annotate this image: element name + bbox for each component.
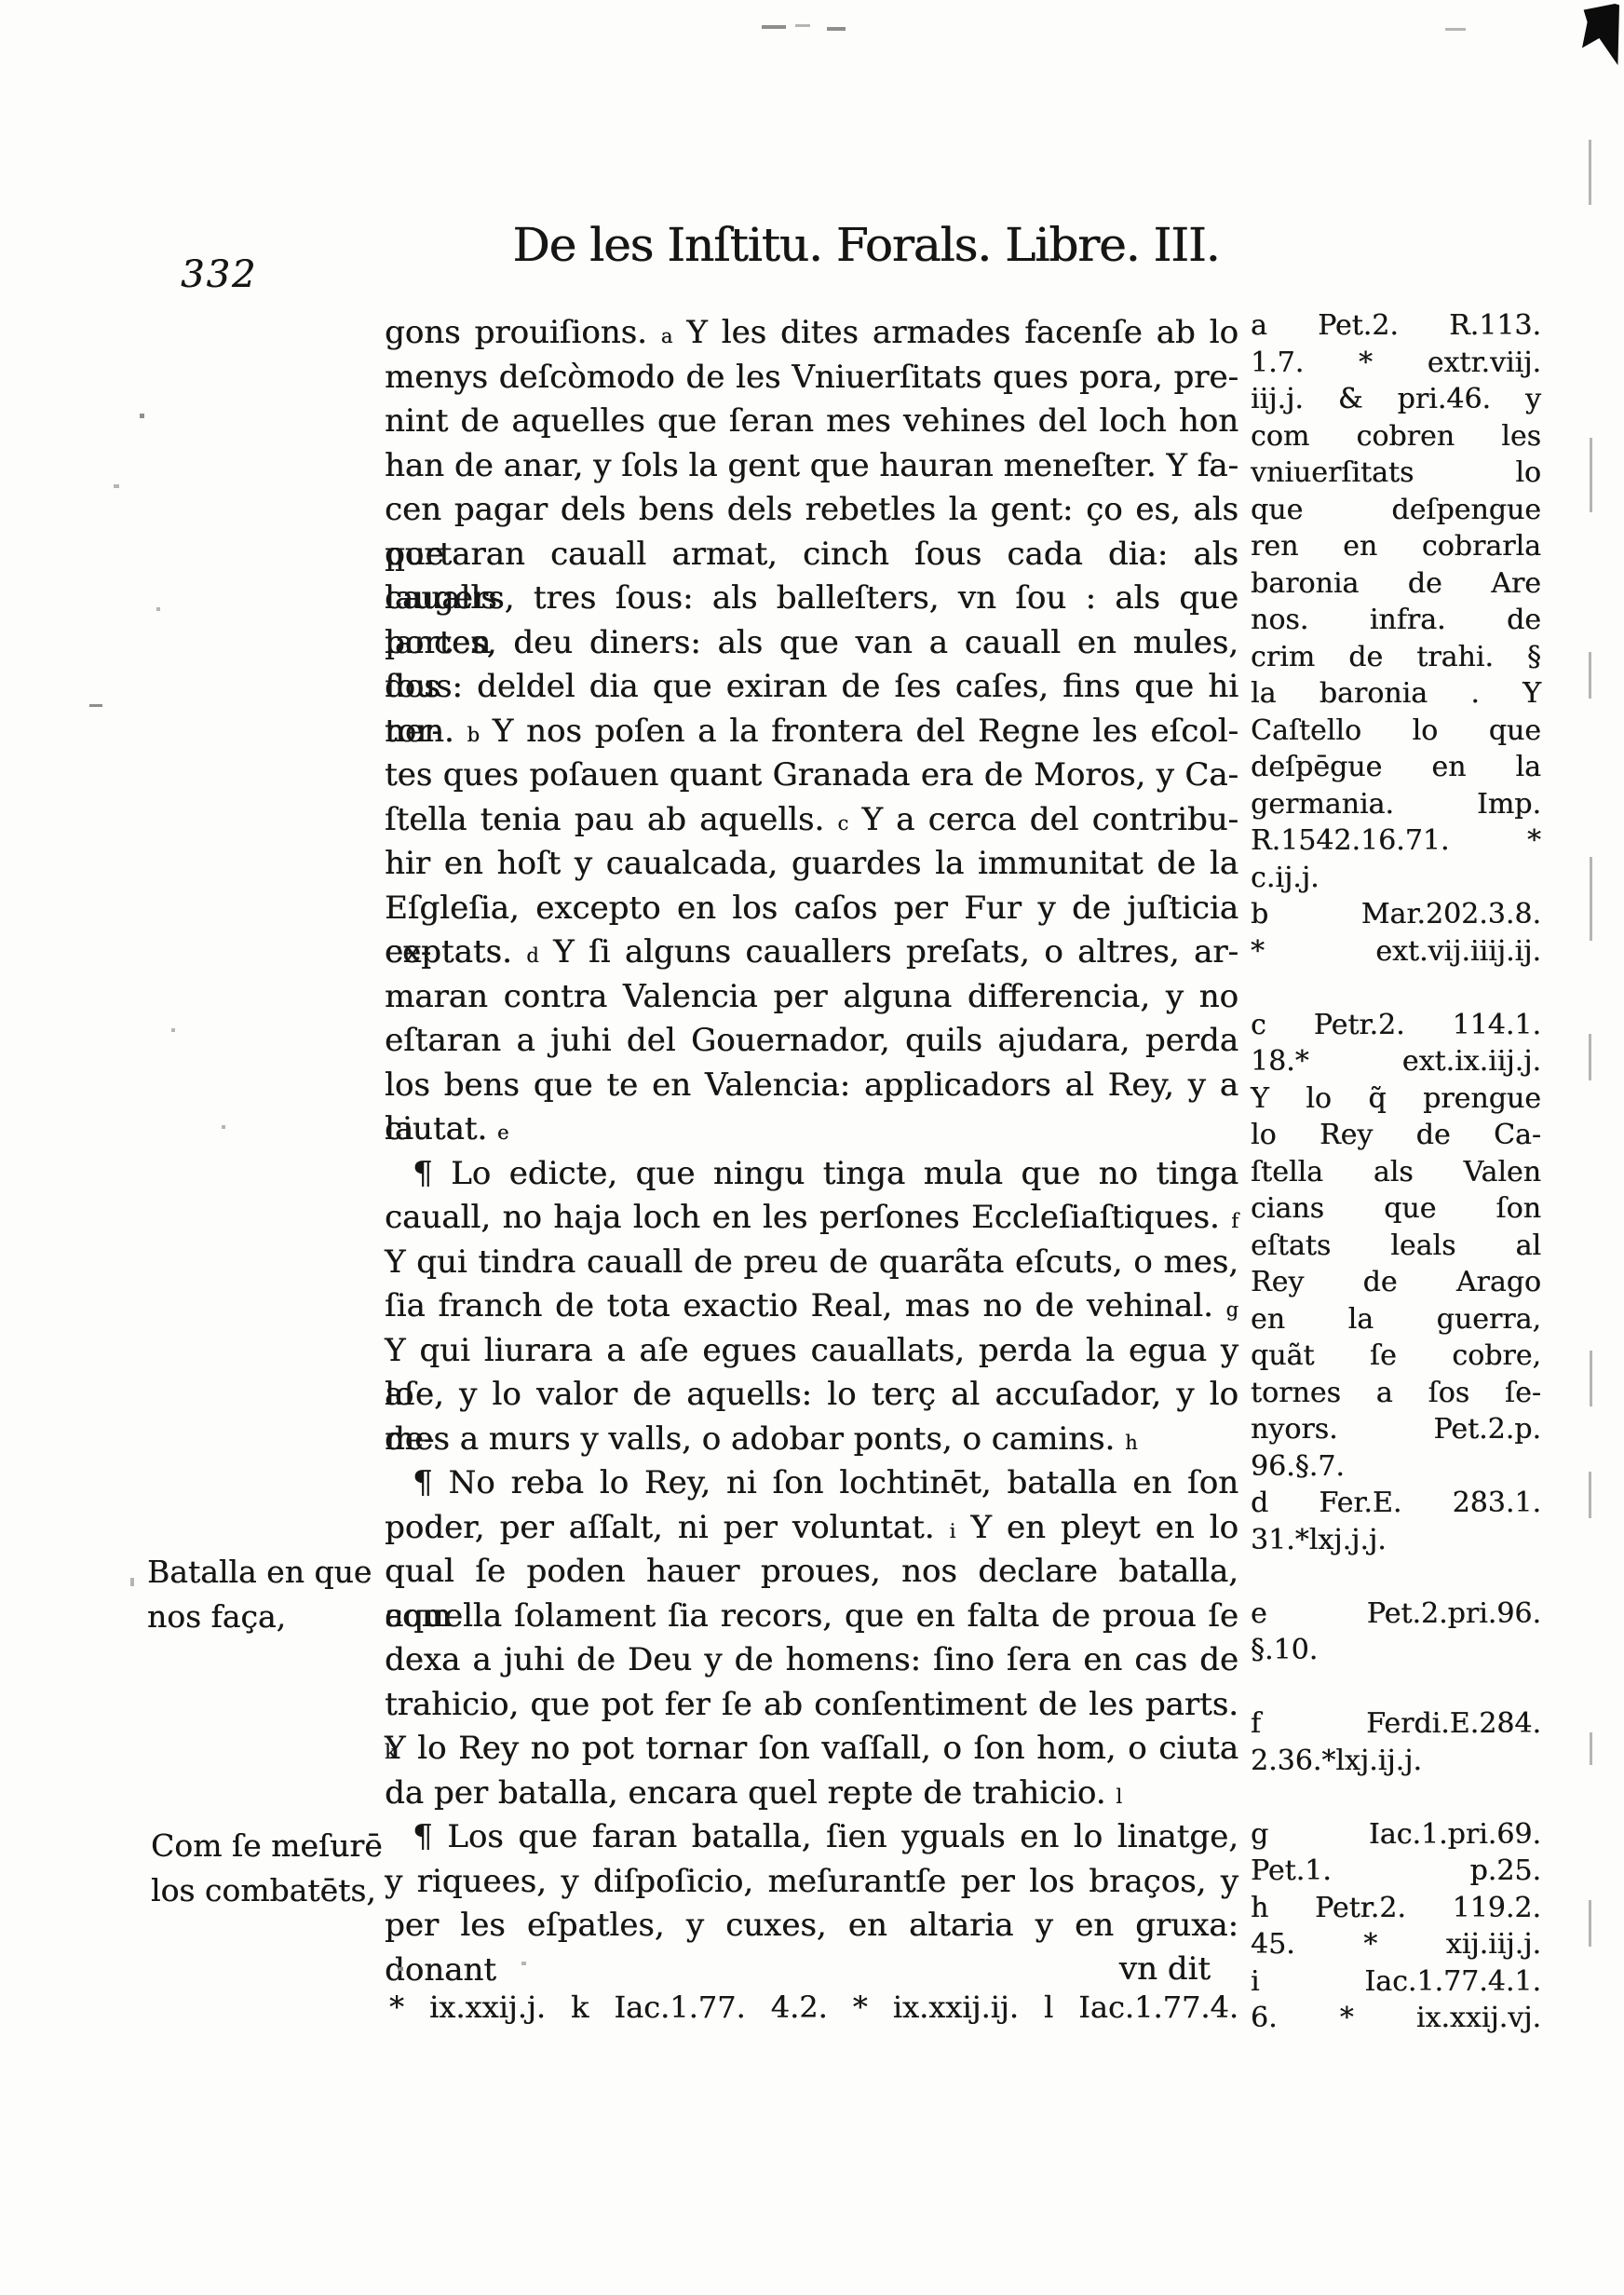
text-line: eſtaran a juhi del Gouernador, quils aju…	[385, 1019, 1238, 1064]
text-line: Y qui liurara a aſe egues cauallats, per…	[385, 1329, 1238, 1374]
margin-note-line: c Petr.2. 114.1.	[1251, 1007, 1541, 1044]
text-line: aquella ſolament ſia recors, que en falt…	[385, 1595, 1238, 1639]
margin-note-line: germania. Imp.	[1251, 786, 1541, 823]
margin-note-line: 96.§.7.	[1251, 1448, 1541, 1486]
margin-note-line: lo Rey de Ca-	[1251, 1117, 1541, 1154]
main-text-column: gons prouiſions. a Y les dites armades f…	[385, 311, 1238, 1949]
margin-note-line: vniuerſitats lo	[1251, 455, 1541, 492]
margin-note-line: nos. infra. de	[1251, 602, 1541, 639]
text-line: los bens que te en Valencia: applicadors…	[385, 1064, 1238, 1108]
margin-note-line: baronia de Are	[1251, 565, 1541, 603]
text-line: lances, deu diners: als que van a cauall…	[385, 621, 1238, 666]
margin-note-line: d Fer.E. 283.1.	[1251, 1485, 1541, 1522]
text-line: Eſgleſia, excepto en los caſos per Fur y…	[385, 887, 1238, 931]
page-edge-line	[1589, 1034, 1591, 1080]
running-header: De les Inſtitu. Forals. Libre. III.	[438, 218, 1294, 272]
reference-letter: h	[1125, 1431, 1138, 1454]
page-edge-line	[1589, 1472, 1591, 1518]
margin-note-line	[1251, 1779, 1541, 1816]
margin-note-line: h Petr.2. 119.2.	[1251, 1890, 1541, 1927]
reference-letter: l	[1116, 1785, 1122, 1808]
scan-dash	[795, 24, 810, 27]
text-line: cauall, no haja loch en les perſones Ecc…	[385, 1196, 1238, 1241]
right-margin-note-column: a Pet.2. R.113.1.7. * extr.viij.iij.j. &…	[1251, 307, 1541, 2037]
text-line: nen. b Y nos poſen a la frontera del Reg…	[385, 710, 1238, 754]
margin-note-line: b Mar.202.3.8.	[1251, 896, 1541, 933]
text-line: dexa a juhi de Deu y de homens: ſino ſer…	[385, 1638, 1238, 1683]
margin-note-line: 2.36.*lxj.ij.j.	[1251, 1743, 1541, 1780]
reference-letter: e	[497, 1120, 508, 1144]
margin-note-line	[1251, 970, 1541, 1007]
reference-letter: a	[661, 324, 673, 347]
text-line: menys deſcòmodo de les Vniuerſitats ques…	[385, 356, 1238, 401]
margin-note-line: nyors. Pet.2.p.	[1251, 1411, 1541, 1448]
margin-note-line: Pet.1. p.25.	[1251, 1853, 1541, 1890]
scan-speckle	[89, 704, 102, 707]
reference-letter: c	[837, 811, 848, 835]
margin-note-line: cians que ſon	[1251, 1190, 1541, 1228]
margin-note-line: quãt ſe cobre,	[1251, 1338, 1541, 1375]
scanned-book-page: { "page": { "number": "332", "header": "…	[0, 0, 1624, 2295]
text-line: maran contra Valencia per alguna differe…	[385, 975, 1238, 1020]
text-line: cen pagar dels bens dels rebetles la gen…	[385, 488, 1238, 533]
text-line: ſia franch de tota exactio Real, mas no …	[385, 1284, 1238, 1329]
text-line: ¶ No reba lo Rey, ni ſon lochtinēt, bata…	[385, 1461, 1238, 1506]
margin-note-line: R.1542.16.71. *	[1251, 822, 1541, 860]
page-number: 332	[181, 253, 257, 296]
text-line: mes a murs y valls, o adobar ponts, o ca…	[385, 1418, 1238, 1462]
text-line: qual ſe poden hauer proues, nos declare …	[385, 1550, 1238, 1595]
text-line: han de anar, y ſols la gent que hauran m…	[385, 444, 1238, 489]
margin-note-line: los combatēts,	[151, 1868, 400, 1913]
margin-note-line: a Pet.2. R.113.	[1251, 307, 1541, 345]
margin-note-line: ſtella als Valen	[1251, 1154, 1541, 1191]
scan-speckle	[521, 1962, 526, 1965]
scan-speckle	[130, 1578, 134, 1586]
margin-note-line: Y lo q̃ prengue	[1251, 1080, 1541, 1118]
text-line: aſe, y lo valor de aquells: lo terç al a…	[385, 1373, 1238, 1418]
reference-letter: g	[1226, 1297, 1239, 1321]
scan-speckle	[399, 1967, 403, 1971]
margin-note-line: ren en cobrarla	[1251, 528, 1541, 565]
margin-note-line: en la guerra,	[1251, 1301, 1541, 1338]
margin-note-line: Rey de Arago	[1251, 1264, 1541, 1301]
text-line: portaran cauall armat, cinch ſous cada d…	[385, 533, 1238, 577]
page-edge-line	[1590, 1732, 1592, 1765]
margin-note-line	[1251, 1558, 1541, 1596]
scan-dash	[827, 27, 846, 31]
text-line: ¶ Los que faran batalla, ſien yguals en …	[385, 1815, 1238, 1860]
margin-note-line: f Ferdi.E.284.	[1251, 1705, 1541, 1743]
text-line: Y qui tindra cauall de preu de quarãta e…	[385, 1241, 1238, 1285]
margin-note-line: 18.* ext.ix.iij.j.	[1251, 1043, 1541, 1080]
margin-note-line: 6. * ix.xxij.vj.	[1251, 2000, 1541, 2037]
page-edge-line	[1590, 438, 1592, 512]
margin-note-line: 31.*lxj.j.j.	[1251, 1522, 1541, 1559]
reference-letter: f	[1231, 1209, 1238, 1232]
text-line: Y lo Rey no pot tornar ſon vaſſall, o ſo…	[385, 1727, 1238, 1772]
margin-note-line: 1.7. * extr.viij.	[1251, 345, 1541, 382]
margin-note-line: §.10.	[1251, 1632, 1541, 1669]
scan-speckle	[171, 1028, 175, 1032]
margin-note-line: iij.j. & pri.46. y	[1251, 381, 1541, 418]
text-line: ſous: deldel dia que exiran de ſes caſes…	[385, 665, 1238, 710]
margin-note-line: nos faça,	[147, 1595, 397, 1639]
text-line: per les eſpatles, y cuxes, en altaria y …	[385, 1904, 1238, 1949]
text-line: trahicio, que pot fer ſe ab conſentiment…	[385, 1683, 1238, 1728]
margin-note-line: * ext.vij.iiij.ij.	[1251, 933, 1541, 971]
margin-note-line: g Iac.1.pri.69.	[1251, 1816, 1541, 1854]
margin-note-line: c.ij.j.	[1251, 860, 1541, 897]
margin-note-line: 45. * xij.iij.j.	[1251, 1926, 1541, 1963]
page-edge-line	[1589, 1900, 1591, 1947]
text-line: poder, per aſſalt, ni per voluntat. i Y …	[385, 1506, 1238, 1551]
text-line: nint de aquelles que ſeran mes vehines d…	[385, 400, 1238, 444]
margin-note-line: e Pet.2.pri.96.	[1251, 1596, 1541, 1633]
margin-note-line: i Iac.1.77.4.1.	[1251, 1963, 1541, 2001]
text-line: tes ques poſauen quant Granada era de Mo…	[385, 754, 1238, 798]
scan-dash	[762, 25, 786, 29]
page-edge-line	[1590, 1351, 1592, 1406]
margin-note-line: Caſtello lo que	[1251, 713, 1541, 750]
reference-letter: i	[950, 1519, 956, 1542]
text-line: gons prouiſions. a Y les dites armades f…	[385, 311, 1238, 356]
text-line: y riquees, y diſpoſicio, meſurantſe per …	[385, 1860, 1238, 1905]
margin-note-line: Com ſe meſurē	[151, 1824, 400, 1868]
page-edge-line	[1589, 140, 1591, 205]
scan-dash	[1445, 28, 1466, 31]
text-line: da per batalla, encara quel repte de tra…	[385, 1772, 1238, 1816]
margin-note-line: que deſpengue	[1251, 492, 1541, 529]
margin-note-line: eſtats leals al	[1251, 1228, 1541, 1265]
margin-note-line: tornes a ſos ſe-	[1251, 1375, 1541, 1412]
scan-speckle	[156, 607, 160, 611]
margin-note-line: Batalla en que	[147, 1550, 397, 1595]
text-line: laugers, tres ſous: als balleſters, vn ſ…	[385, 577, 1238, 621]
left-margin-note: Batalla en quenos faça,	[147, 1550, 397, 1639]
text-line: ¶ Lo edicte, que ningu tinga mula que no…	[385, 1152, 1238, 1197]
scan-speckle	[114, 484, 119, 488]
margin-note-line	[1251, 1669, 1541, 1706]
margin-note-line: crim de trahi. §	[1251, 639, 1541, 676]
margin-note-line: com cobren les	[1251, 418, 1541, 455]
text-line: hir en hoſt y caualcada, guardes la immu…	[385, 842, 1238, 887]
reference-letter: b	[467, 723, 480, 746]
reference-letter: d	[526, 944, 539, 967]
margin-note-line: la baronia . Y	[1251, 675, 1541, 713]
footnote-line: * ix.xxij.j. k Iac.1.77. 4.2. * ix.xxij.…	[389, 1989, 1238, 2025]
scan-speckle	[222, 1125, 225, 1129]
corner-ink-mark	[1582, 4, 1619, 65]
text-line: ceptats. d Y ſi alguns cauallers preſats…	[385, 930, 1238, 975]
text-line: ſtella tenia pau ab aquells. c Y a cerca…	[385, 798, 1238, 843]
left-margin-note: Com ſe meſurēlos combatēts,	[151, 1824, 400, 1913]
scan-speckle	[140, 414, 144, 418]
catchword: vn dit	[385, 1950, 1238, 1988]
margin-note-line: deſpēgue en la	[1251, 749, 1541, 786]
page-edge-line	[1590, 857, 1592, 941]
text-line: ciutat. e	[385, 1107, 1238, 1152]
page-edge-line	[1589, 652, 1591, 699]
